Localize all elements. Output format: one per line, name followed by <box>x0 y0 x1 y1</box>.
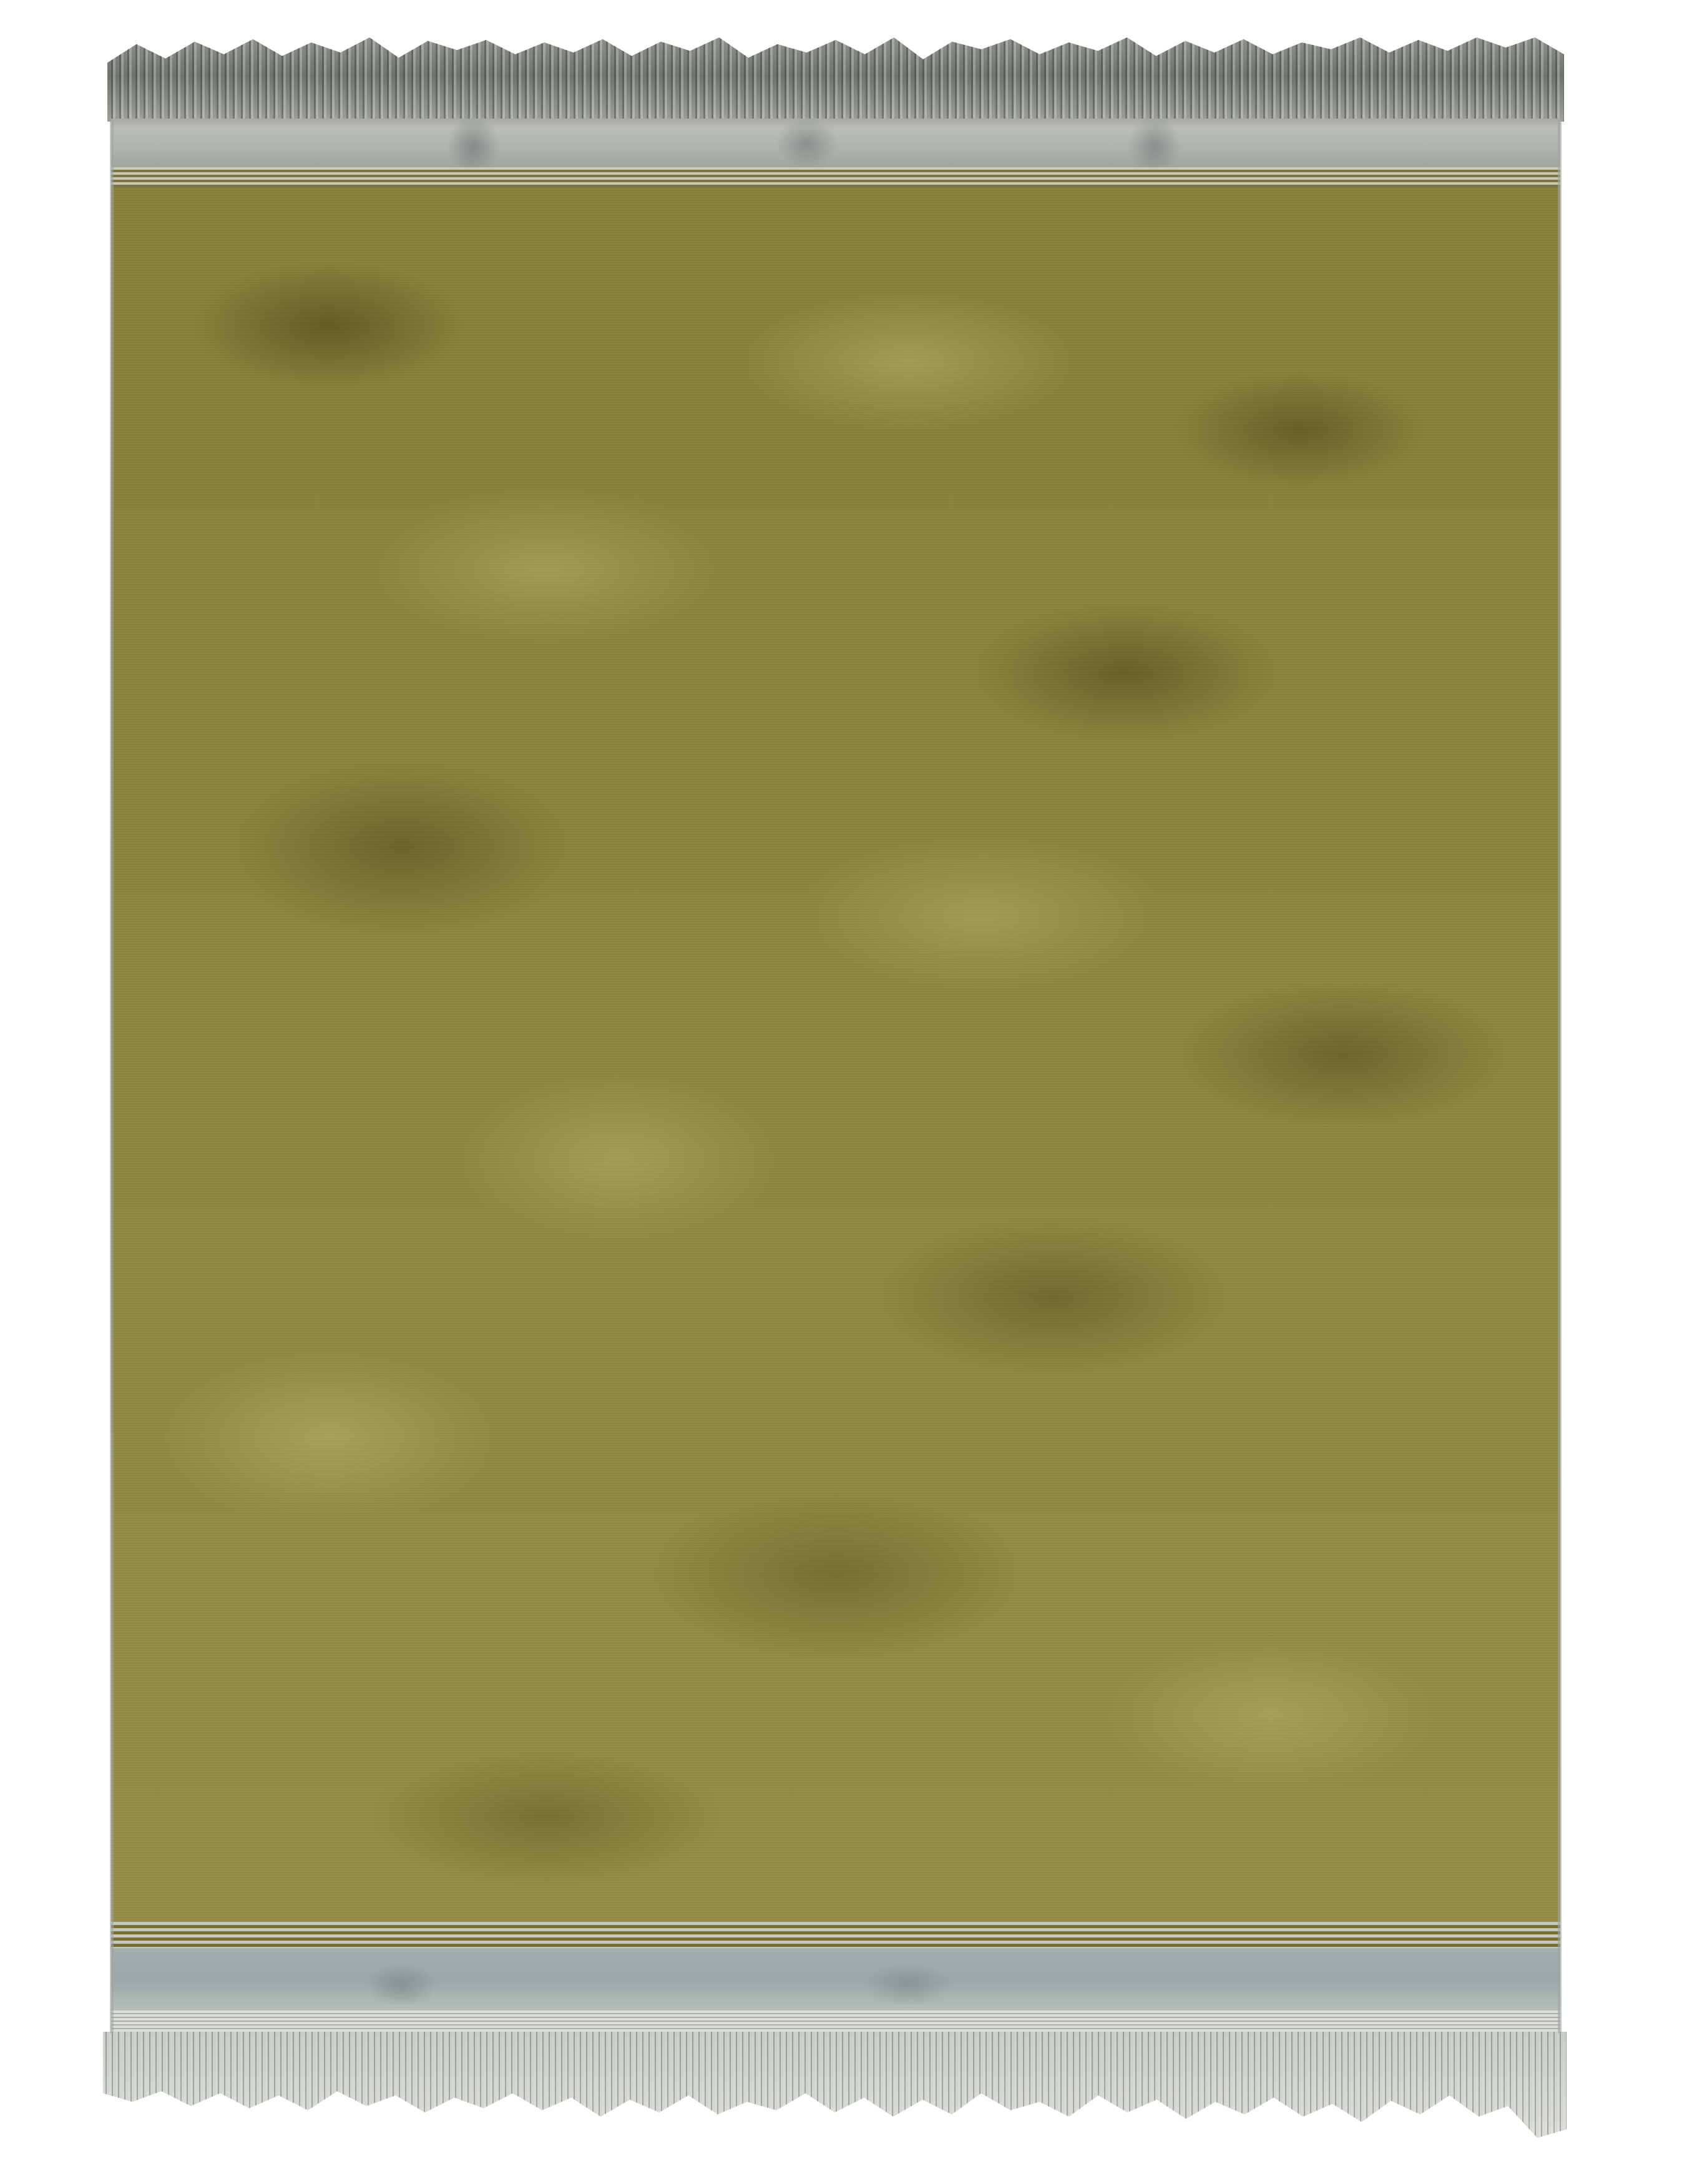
top-fringe <box>107 37 1564 122</box>
bottom-light-stripe <box>111 2011 1560 2033</box>
left-edge-binding <box>110 119 114 2033</box>
top-grey-band <box>111 119 1560 168</box>
top-stripe <box>111 167 1560 187</box>
bottom-grey-band <box>111 1948 1560 2011</box>
bottom-fringe <box>103 2032 1567 2138</box>
rug-field <box>111 187 1560 1922</box>
right-edge-binding <box>1558 119 1562 2033</box>
bottom-stripe <box>111 1922 1560 1948</box>
